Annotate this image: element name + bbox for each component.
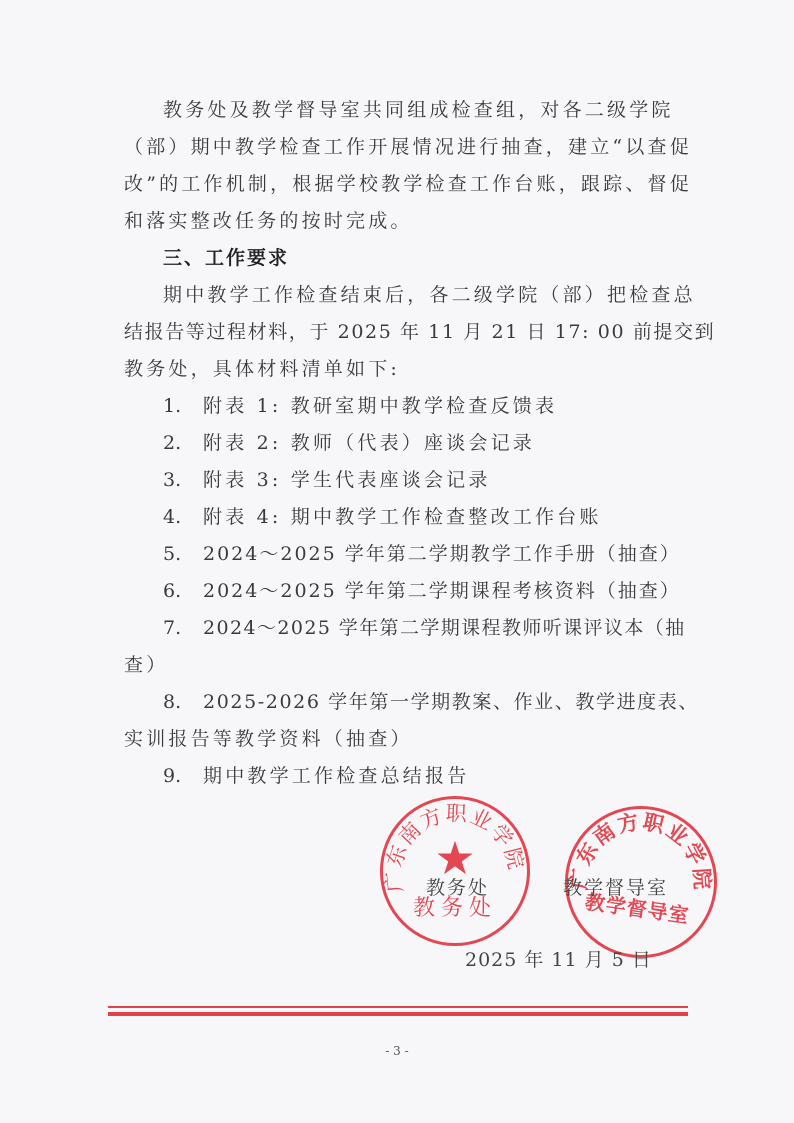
list-text: 附表 4: 期中教学工作检查整改工作台账 bbox=[203, 506, 602, 528]
list-text: 附表 1: 教研室期中教学检查反馈表 bbox=[203, 395, 557, 417]
paragraph-line: 教务处，具体材料清单如下: bbox=[124, 356, 684, 382]
document-page: 教务处及教学督导室共同组成检查组，对各二级学院 （部）期中教学检查工作开展情况进… bbox=[0, 0, 794, 1123]
list-number: 3. bbox=[163, 467, 203, 493]
list-number: 6. bbox=[163, 578, 203, 604]
list-item: 9.期中教学工作检查总结报告 bbox=[163, 763, 723, 789]
list-number: 5. bbox=[163, 541, 203, 567]
list-number: 4. bbox=[163, 504, 203, 530]
paragraph-line: 教务处及教学督导室共同组成检查组，对各二级学院 bbox=[163, 97, 723, 123]
footer-rule-thin bbox=[108, 1006, 688, 1008]
signature-office1: 教务处 bbox=[426, 873, 489, 900]
section-heading: 三、工作要求 bbox=[163, 245, 723, 271]
list-text: 2024～2025 学年第二学期课程考核资料（抽查） bbox=[203, 580, 681, 602]
paragraph-line: 结报告等过程材料，于 2025 年 11 月 21 日 17: 00 前提交到 bbox=[124, 319, 684, 345]
list-item: 7.2024～2025 学年第二学期课程教师听课评议本（抽 bbox=[163, 615, 723, 641]
list-number: 8. bbox=[163, 689, 203, 715]
list-text: 2025-2026 学年第一学期教案、作业、教学进度表、 bbox=[203, 691, 699, 713]
list-item-continuation: 实训报告等教学资料（抽查） bbox=[124, 726, 684, 752]
list-text: 附表 2: 教师（代表）座谈会记录 bbox=[203, 432, 535, 454]
paragraph-line: 改”的工作机制，根据学校教学检查工作台账，跟踪、督促 bbox=[124, 171, 684, 197]
seal-academic-affairs: 广东南方职业学院 ★ 教务处 bbox=[380, 796, 530, 946]
paragraph-line: 期中教学工作检查结束后，各二级学院（部）把检查总 bbox=[163, 282, 723, 308]
paragraph-line: （部）期中教学检查工作开展情况进行抽查，建立“以查促 bbox=[124, 134, 684, 160]
list-item: 6.2024～2025 学年第二学期课程考核资料（抽查） bbox=[163, 578, 723, 604]
footer-rule-thick bbox=[108, 1012, 688, 1016]
list-item: 4.附表 4: 期中教学工作检查整改工作台账 bbox=[163, 504, 723, 530]
signature-office2: 教学督导室 bbox=[563, 873, 668, 900]
signature-date: 2025 年 11 月 5 日 bbox=[465, 945, 652, 972]
list-item: 3.附表 3: 学生代表座谈会记录 bbox=[163, 467, 723, 493]
list-item: 2.附表 2: 教师（代表）座谈会记录 bbox=[163, 430, 723, 456]
list-text: 附表 3: 学生代表座谈会记录 bbox=[203, 469, 491, 491]
list-item-continuation: 查） bbox=[124, 652, 684, 678]
list-item: 1.附表 1: 教研室期中教学检查反馈表 bbox=[163, 393, 723, 419]
list-text: 2024～2025 学年第二学期教学工作手册（抽查） bbox=[203, 543, 681, 565]
list-number: 7. bbox=[163, 615, 203, 641]
list-number: 2. bbox=[163, 430, 203, 456]
paragraph-line: 和落实整改任务的按时完成。 bbox=[124, 208, 684, 234]
list-item: 8.2025-2026 学年第一学期教案、作业、教学进度表、 bbox=[163, 689, 723, 715]
list-number: 1. bbox=[163, 393, 203, 419]
list-number: 9. bbox=[163, 763, 203, 789]
list-text: 期中教学工作检查总结报告 bbox=[203, 765, 469, 787]
list-item: 5.2024～2025 学年第二学期教学工作手册（抽查） bbox=[163, 541, 723, 567]
list-text: 2024～2025 学年第二学期课程教师听课评议本（抽 bbox=[203, 617, 686, 639]
page-number: - 3 - bbox=[0, 1044, 794, 1058]
